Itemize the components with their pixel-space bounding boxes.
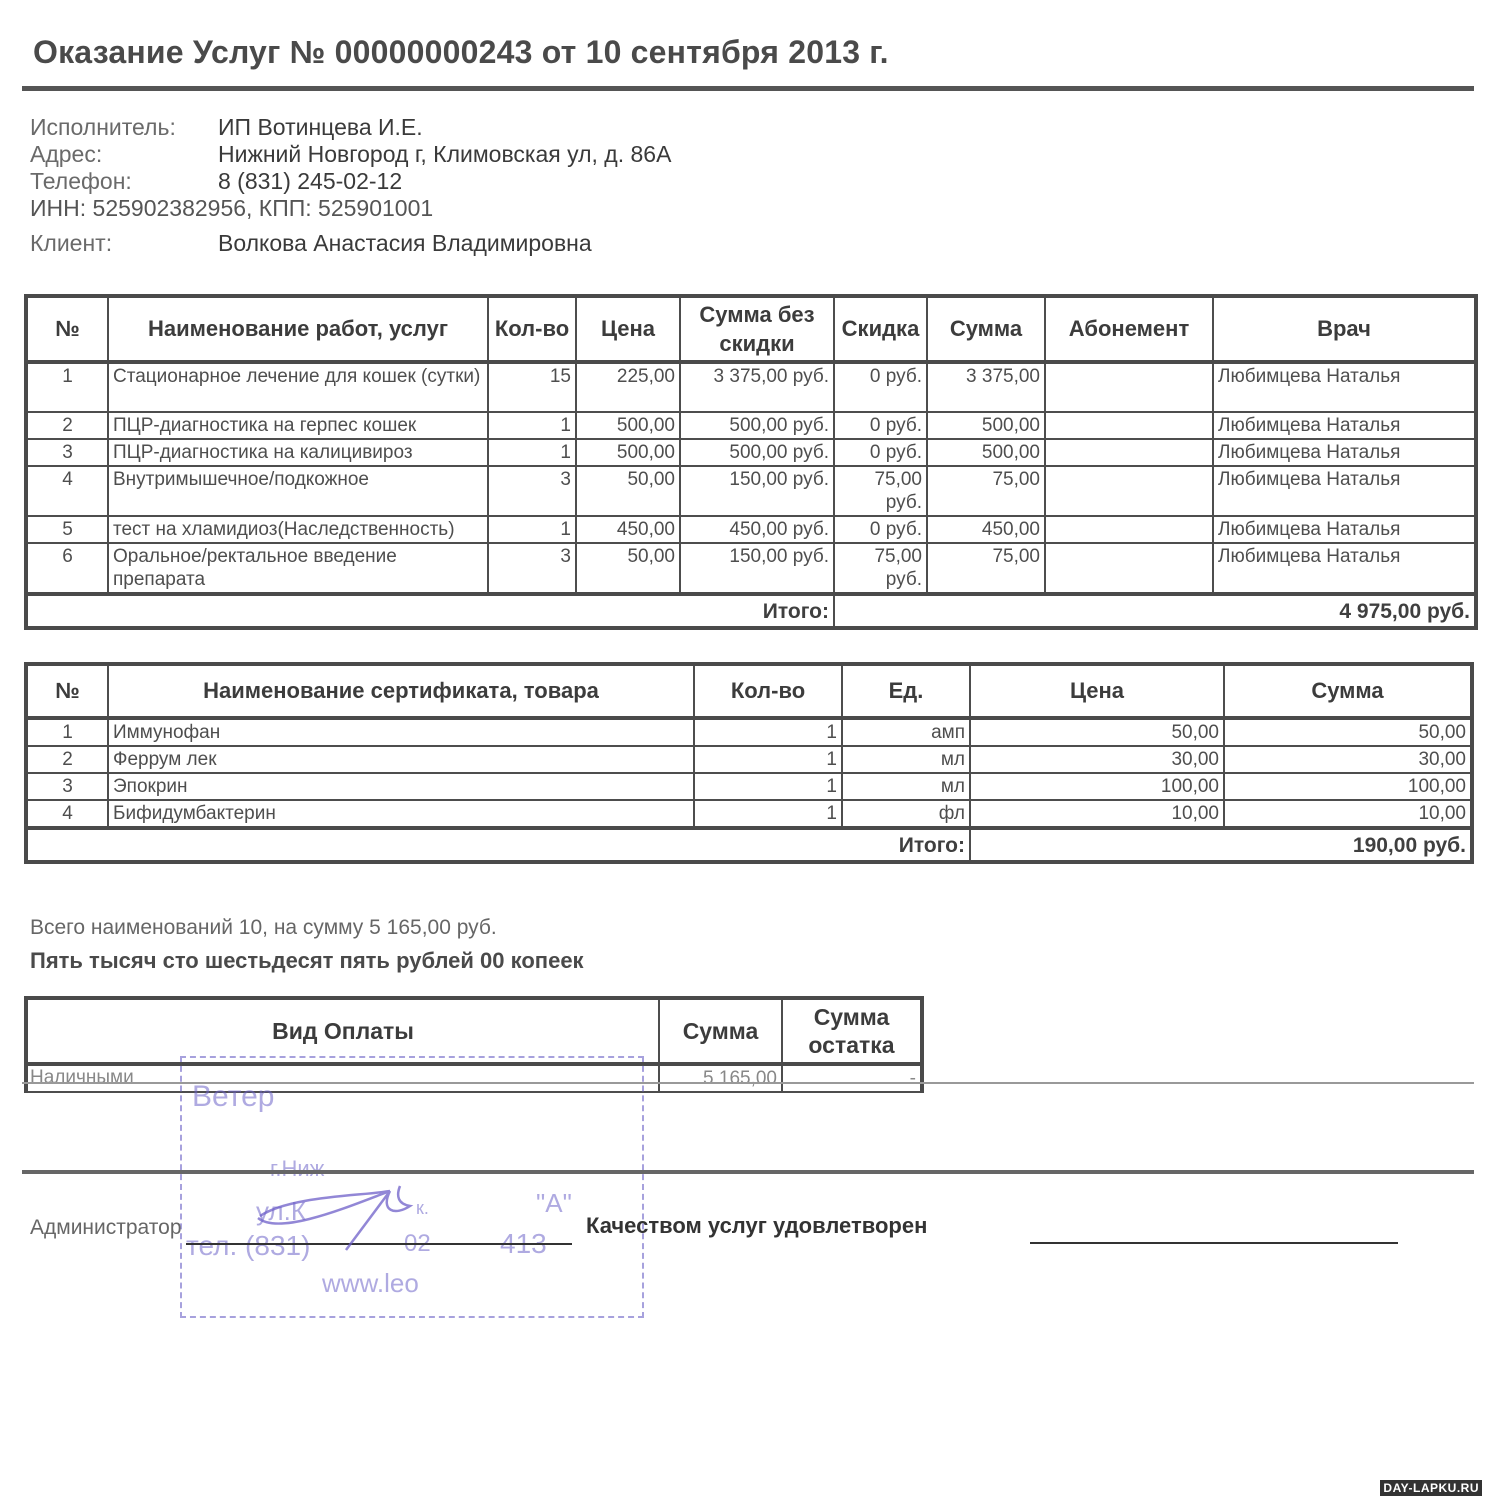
service-price: 225,00	[576, 362, 680, 412]
services-total-value: 4 975,00 руб.	[834, 594, 1476, 628]
row-number: 1	[26, 718, 108, 746]
col-sum: Сумма	[927, 296, 1045, 362]
service-discount: 0 руб.	[834, 412, 927, 439]
row-number: 3	[26, 773, 108, 800]
service-sum-no-discount: 150,00 руб.	[680, 466, 834, 516]
service-name: ПЦР-диагностика на герпес кошек	[108, 412, 488, 439]
service-subscription	[1045, 412, 1213, 439]
goods-row: 4Бифидумбактерин1фл10,0010,00	[26, 800, 1472, 828]
stamp-text: www.leo	[322, 1268, 419, 1299]
col-price: Цена	[576, 296, 680, 362]
service-subscription	[1045, 516, 1213, 543]
row-number: 2	[26, 412, 108, 439]
service-qty: 1	[488, 439, 576, 466]
client-signature-line[interactable]	[1030, 1242, 1398, 1244]
goods-name: Феррум лек	[108, 746, 694, 773]
col-sum-no-discount: Сумма без скидки	[680, 296, 834, 362]
phone-row: Телефон: 8 (831) 245-02-12	[30, 168, 671, 195]
service-subscription	[1045, 362, 1213, 412]
service-doctor: Любимцева Наталья	[1213, 362, 1476, 412]
service-row: 3ПЦР-диагностика на калицивироз1500,0050…	[26, 439, 1476, 466]
executor-row: Исполнитель: ИП Вотинцева И.Е.	[30, 114, 671, 141]
service-doctor: Любимцева Наталья	[1213, 466, 1476, 516]
summary-amount-words: Пять тысяч сто шестьдесят пять рублей 00…	[30, 948, 584, 974]
service-qty: 3	[488, 543, 576, 594]
service-discount: 0 руб.	[834, 362, 927, 412]
goods-sum: 30,00	[1224, 746, 1472, 773]
goods-qty: 1	[694, 800, 842, 828]
service-name: Внутримышечное/подкожное	[108, 466, 488, 516]
inn-kpp: ИНН: 525902382956, КПП: 525901001	[30, 195, 433, 222]
col-number: №	[26, 664, 108, 718]
services-header-row: № Наименование работ, услуг Кол-во Цена …	[26, 296, 1476, 362]
service-discount: 0 руб.	[834, 439, 927, 466]
goods-row: 1Иммунофан1амп50,0050,00	[26, 718, 1472, 746]
service-subscription	[1045, 543, 1213, 594]
service-row: 2ПЦР-диагностика на герпес кошек1500,005…	[26, 412, 1476, 439]
service-doctor: Любимцева Наталья	[1213, 439, 1476, 466]
goods-qty: 1	[694, 718, 842, 746]
col-discount: Скидка	[834, 296, 927, 362]
service-qty: 15	[488, 362, 576, 412]
payment-header-row: Вид Оплаты Сумма Сумма остатка	[26, 998, 922, 1064]
executor-value: ИП Вотинцева И.Е.	[218, 114, 423, 141]
col-qty: Кол-во	[694, 664, 842, 718]
service-discount: 0 руб.	[834, 516, 927, 543]
service-sum: 450,00	[927, 516, 1045, 543]
service-sum-no-discount: 150,00 руб.	[680, 543, 834, 594]
services-total-row: Итого: 4 975,00 руб.	[26, 594, 1476, 628]
col-sum: Сумма	[1224, 664, 1472, 718]
service-sum: 3 375,00	[927, 362, 1045, 412]
goods-name: Бифидумбактерин	[108, 800, 694, 828]
goods-row: 2Феррум лек1мл30,0030,00	[26, 746, 1472, 773]
row-number: 5	[26, 516, 108, 543]
goods-sum: 10,00	[1224, 800, 1472, 828]
goods-unit: амп	[842, 718, 970, 746]
site-watermark: DAY-LAPKU.RU	[1380, 1480, 1482, 1496]
info-block: Исполнитель: ИП Вотинцева И.Е. Адрес: Ни…	[30, 114, 671, 257]
phone-label: Телефон:	[30, 168, 218, 195]
goods-unit: мл	[842, 773, 970, 800]
service-price: 500,00	[576, 439, 680, 466]
service-discount: 75,00 руб.	[834, 543, 927, 594]
goods-row: 3Эпокрин1мл100,00100,00	[26, 773, 1472, 800]
client-row: Клиент: Волкова Анастасия Владимировна	[30, 230, 671, 257]
goods-header-row: № Наименование сертификата, товара Кол-в…	[26, 664, 1472, 718]
address-value: Нижний Новгород г, Климовская ул, д. 86А	[218, 141, 671, 168]
stamp-text: Ветер	[192, 1080, 274, 1114]
goods-sum: 100,00	[1224, 773, 1472, 800]
service-sum: 75,00	[927, 466, 1045, 516]
service-sum-no-discount: 450,00 руб.	[680, 516, 834, 543]
col-payment-sum: Сумма	[659, 998, 782, 1064]
goods-table: № Наименование сертификата, товара Кол-в…	[24, 662, 1474, 864]
row-number: 2	[26, 746, 108, 773]
col-qty: Кол-во	[488, 296, 576, 362]
payment-sum: 5 165,00	[659, 1064, 782, 1092]
phone-value: 8 (831) 245-02-12	[218, 168, 402, 195]
goods-price: 50,00	[970, 718, 1224, 746]
goods-sum: 50,00	[1224, 718, 1472, 746]
col-service-name: Наименование работ, услуг	[108, 296, 488, 362]
row-number: 1	[26, 362, 108, 412]
title-divider	[22, 86, 1474, 91]
service-price: 50,00	[576, 466, 680, 516]
goods-total-row: Итого: 190,00 руб.	[26, 828, 1472, 862]
service-sum: 500,00	[927, 439, 1045, 466]
service-name: ПЦР-диагностика на калицивироз	[108, 439, 488, 466]
service-subscription	[1045, 439, 1213, 466]
goods-qty: 1	[694, 746, 842, 773]
col-price: Цена	[970, 664, 1224, 718]
client-value: Волкова Анастасия Владимировна	[218, 230, 592, 257]
service-price: 450,00	[576, 516, 680, 543]
service-name: Оральное/ректальное введение препарата	[108, 543, 488, 594]
service-qty: 1	[488, 412, 576, 439]
col-unit: Ед.	[842, 664, 970, 718]
service-sum-no-discount: 500,00 руб.	[680, 412, 834, 439]
service-sum: 500,00	[927, 412, 1045, 439]
payment-remainder: -	[782, 1064, 922, 1092]
address-row: Адрес: Нижний Новгород г, Климовская ул,…	[30, 141, 671, 168]
admin-label: Администратор	[30, 1216, 182, 1240]
quality-satisfied-label: Качеством услуг удовлетворен	[586, 1213, 927, 1239]
executor-label: Исполнитель:	[30, 114, 218, 141]
goods-total-value: 190,00 руб.	[970, 828, 1472, 862]
goods-price: 10,00	[970, 800, 1224, 828]
row-number: 3	[26, 439, 108, 466]
row-number: 4	[26, 800, 108, 828]
service-row: 6Оральное/ректальное введение препарата3…	[26, 543, 1476, 594]
col-number: №	[26, 296, 108, 362]
goods-name: Эпокрин	[108, 773, 694, 800]
col-payment-remainder: Сумма остатка	[782, 998, 922, 1064]
service-qty: 1	[488, 516, 576, 543]
goods-unit: фл	[842, 800, 970, 828]
summary-count-sum: Всего наименований 10, на сумму 5 165,00…	[30, 916, 497, 940]
goods-name: Иммунофан	[108, 718, 694, 746]
client-label: Клиент:	[30, 230, 218, 257]
goods-price: 100,00	[970, 773, 1224, 800]
col-subscription: Абонемент	[1045, 296, 1213, 362]
services-table: № Наименование работ, услуг Кол-во Цена …	[24, 294, 1478, 630]
signature-scribble	[250, 1176, 430, 1256]
service-price: 500,00	[576, 412, 680, 439]
stamp-text: "А"	[536, 1188, 572, 1219]
service-qty: 3	[488, 466, 576, 516]
service-sum-no-discount: 3 375,00 руб.	[680, 362, 834, 412]
goods-unit: мл	[842, 746, 970, 773]
col-payment-type: Вид Оплаты	[26, 998, 659, 1064]
col-goods-name: Наименование сертификата, товара	[108, 664, 694, 718]
goods-price: 30,00	[970, 746, 1224, 773]
service-name: тест на хламидиоз(Наследственность)	[108, 516, 488, 543]
service-doctor: Любимцева Наталья	[1213, 412, 1476, 439]
inn-kpp-row: ИНН: 525902382956, КПП: 525901001	[30, 195, 671, 222]
service-doctor: Любимцева Наталья	[1213, 516, 1476, 543]
service-discount: 75,00 руб.	[834, 466, 927, 516]
services-total-label: Итого:	[26, 594, 834, 628]
goods-qty: 1	[694, 773, 842, 800]
service-row: 4Внутримышечное/подкожное350,00150,00 ру…	[26, 466, 1476, 516]
goods-total-label: Итого:	[26, 828, 970, 862]
service-price: 50,00	[576, 543, 680, 594]
col-doctor: Врач	[1213, 296, 1476, 362]
row-number: 4	[26, 466, 108, 516]
service-doctor: Любимцева Наталья	[1213, 543, 1476, 594]
address-label: Адрес:	[30, 141, 218, 168]
service-sum-no-discount: 500,00 руб.	[680, 439, 834, 466]
document-title: Оказание Услуг № 00000000243 от 10 сентя…	[33, 34, 889, 71]
service-row: 1Стационарное лечение для кошек (сутки)1…	[26, 362, 1476, 412]
signature-divider	[22, 1170, 1474, 1174]
service-sum: 75,00	[927, 543, 1045, 594]
service-row: 5тест на хламидиоз(Наследственность)1450…	[26, 516, 1476, 543]
service-subscription	[1045, 466, 1213, 516]
service-name: Стационарное лечение для кошек (сутки)	[108, 362, 488, 412]
row-number: 6	[26, 543, 108, 594]
